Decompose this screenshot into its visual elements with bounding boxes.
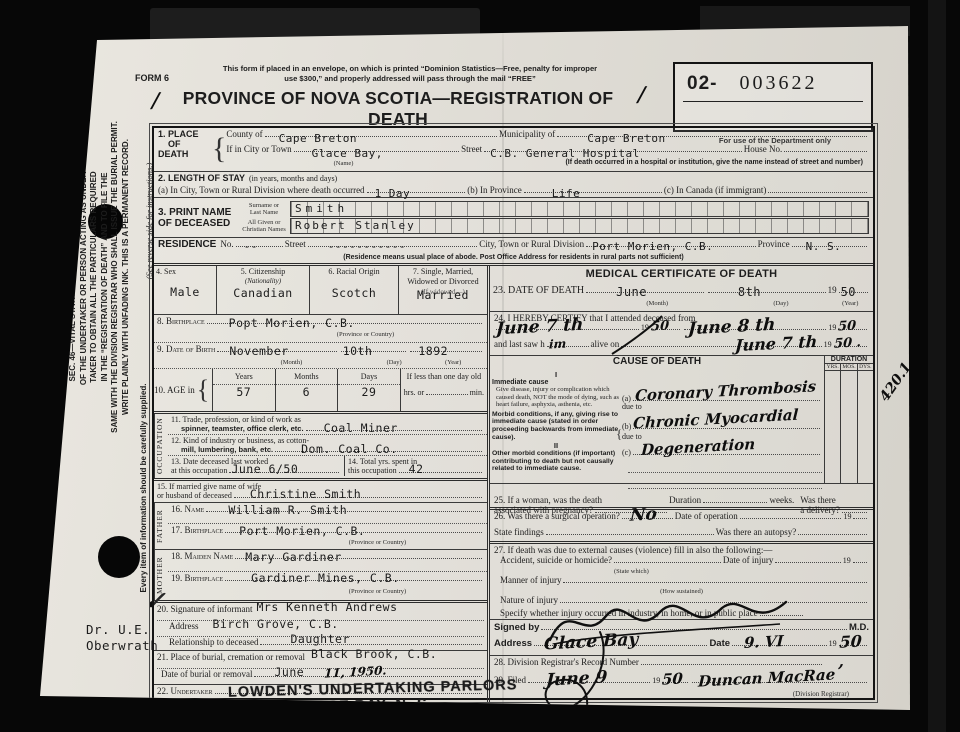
division-registrar-caption: (Division Registrar) [494,690,869,698]
section-informant: 20. Signature of informant Mrs Kenneth A… [154,603,487,651]
mailing-note: This form if placed in an envelope, on w… [175,64,645,83]
age-hrs-label: hrs. or [404,388,424,397]
section-undertaker: 22. Undertaker (Name and address) LOWDEN… [154,685,487,715]
print-name-label-1: 3. PRINT NAME [158,207,238,218]
death-day-caption: (Day) [731,300,830,307]
certify-year1-handwritten: 50 [651,318,670,334]
duration-dys-header: DYS. [857,364,873,370]
cause-explanations: I Immediate cause Give disease, injury o… [490,370,622,483]
residence-province-label: Province [758,239,790,249]
field-father-name: 16. Name William R. Smith [168,503,487,524]
undertaker-label: 22. Undertaker [157,686,213,696]
morbid-conditions-note: Morbid conditions, if any, giving rise t… [492,411,620,441]
section-date-of-birth: 9. Date of Birth November 10th 1892 (Mon… [154,343,487,369]
racial-origin-label: 6. Racial Origin [310,266,398,277]
section-sex-citizenship-origin-marital: 4. Sex Male 5. Citizenship (Nationality)… [154,266,487,315]
age-days-value: 29 [338,384,400,399]
autopsy-label: Was there an autopsy? [716,527,797,537]
place-label-1: 1. PLACE [158,129,212,139]
findings-label: State findings [494,527,544,537]
other-morbid-line [628,488,822,489]
duration-dys-column [857,371,873,483]
date-of-birth-label: 9. Date of Birth [157,344,215,354]
last-worked-label-2: at this occupation [171,466,227,475]
marital-value: Married [399,288,487,302]
father-birthplace-value: Port Morien, C.B. [239,524,365,538]
margin-sec46-notice: SEC. 46—VITAL STATISTICS ACT MAKES IT TH… [68,90,131,464]
other-morbid-line [628,472,822,473]
field-father-birthplace: 17. Birthplace Port Morien, C.B. (Provin… [168,524,487,548]
street-value: C.B. General Hospital [490,147,640,160]
duration-yrs-header: YRS. [825,364,840,370]
county-label: County of [226,129,262,139]
handwritten-slash: / [637,82,646,106]
certify-year3-prefix: 19 [824,340,832,349]
racial-origin-value: Scotch [310,286,398,300]
death-certificate-scan: FORM 6 SEC. 46—VITAL STATISTICS ACT MAKE… [40,26,910,716]
immediate-cause-note: Give disease, injury or complication whi… [492,386,620,409]
residence-note: (Residence means usual place of abode. P… [158,254,869,261]
trade-value: Coal Miner [324,421,398,435]
informant-value: Mrs Kenneth Andrews [256,600,397,614]
duration-table: DURATION YRS. MOS. DYS. [824,356,873,483]
spouse-label-2: or husband of deceased [157,491,232,500]
age-days-header: Days [338,372,400,381]
field-industry: 12. Kind of industry or business, as cot… [168,435,487,456]
field-total-years: 14. Total yrs. spent in this occupation … [344,456,487,476]
section-residence: RESIDENCE No. -- Street ----------- City… [154,238,873,266]
duration-yrs-column [825,371,840,483]
mother-side-label: MOTHER [154,550,168,600]
certify-year3-handwritten: 50 . [833,335,861,351]
age-less-than-day: If less than one day old hrs. or min. [400,369,487,411]
citizenship-value: Canadian [217,286,309,300]
certify-year2-handwritten: 50 [838,318,857,334]
registrar-record-label: 28. Division Registrar's Record Number [494,657,639,667]
operation-year-prefix: 19 [843,512,851,521]
birth-month-caption: (Month) [157,359,366,366]
mother-birthplace-value: Gardiner Mines, C.B. [251,571,399,585]
age-years: Years 57 [212,369,275,411]
nationality-caption: (Nationality) [217,277,309,285]
name-caption: (Name) [334,160,354,167]
section-occupation: OCCUPATION 11. Trade, profession, or kin… [154,414,487,481]
delivery-label-1: Was there [800,495,869,505]
field-mother-birthplace: 19. Birthplace Gardiner Mines, C.B. (Pro… [168,572,487,598]
field-last-worked: 13. Date deceased last worked at this oc… [168,456,487,476]
mother-name-value: Mary Gardiner [245,550,342,564]
section-age: 10. AGE in { Years 57 Months 6 Days 29 [154,369,487,414]
informant-label: 20. Signature of informant [157,604,252,614]
death-year-caption: (Year) [830,300,870,307]
right-column: MEDICAL CERTIFICATE OF DEATH 23. DATE OF… [490,266,873,702]
stay-a-label: (a) In City, Town or Rural Division wher… [158,185,365,195]
section-cause-of-death: CAUSE OF DEATH I Immediate cause Give di… [490,356,873,484]
birth-day-value: 10th [343,344,373,358]
nature-of-injury-label: Nature of injury [494,595,558,605]
certify-him-handwritten: im [548,337,566,352]
age-years-header: Years [213,372,275,381]
form-title: PROVINCE OF NOVA SCOTIA—REGISTRATION OF … [158,88,638,130]
father-birthplace-label: 17. Birthplace [171,525,223,535]
given-names-value: Robert Stanley [290,218,869,234]
length-of-stay-sublabel: (in years, months and days) [249,174,337,183]
cause-due-to-1: due to [622,402,642,411]
death-month-caption: (Month) [493,300,731,307]
certify-year2-prefix: 19 [828,323,836,332]
undertaker-caption: (Name and address) [157,702,484,709]
residence-province-value: N. S. [806,240,842,253]
registration-number-box: 02- 003622 [673,62,873,132]
injury-date-label: Date of injury [723,555,773,565]
burial-place-label: 21. Place of burial, cremation or remova… [157,652,305,662]
birthplace-caption: (Province or Country) [157,331,484,338]
form-columns: 4. Sex Male 5. Citizenship (Nationality)… [154,266,873,702]
spouse-value: Christine Smith [250,487,361,501]
age-months-header: Months [276,372,338,381]
sec46-line: WRITE PLAINLY WITH UNFADING INK. THIS IS… [121,90,132,464]
filed-year-prefix: 19 [652,676,660,685]
sec46-line: IN THE “REGISTRATION OF DEATH” AND TO FI… [100,90,111,464]
sec46-line: OF THE UNDERTAKER OR PERSON ACTING AS UN… [79,90,90,464]
trade-label-2: spinner, teamster, office clerk, etc. [171,424,304,433]
burial-date-month: June [274,665,304,679]
surname-caption: Surname or [238,202,290,209]
cause-write-area: (a) Coronary Thrombosis due to (b) Chron… [622,370,824,483]
manner-of-injury-label: Manner of injury [494,575,561,585]
cause-roman-1: I [492,370,620,379]
section-spouse: 15. If married give name of wife or husb… [154,481,487,503]
certify-on-handwritten: June 7 th [735,332,818,355]
age-months-value: 6 [276,384,338,399]
field-marital-status: 7. Single, Married, Widowed or Divorced … [399,266,487,314]
scan-artifact-right-band [928,0,946,732]
place-label-3: DEATH [158,149,212,159]
delivery-label-2: a delivery? [800,505,840,515]
filed-year-handwritten: 50 [662,669,684,688]
certify-alive-label: alive on [591,339,620,349]
mother-name-label: 18. Maiden Name [171,551,233,561]
operation-answer-handwritten: No [629,504,657,525]
birthplace-label: 8. Birthplace [157,316,205,326]
cause-c-handwritten: Degeneration [640,435,755,459]
residence-no-value: -- [244,240,258,253]
injury-year-prefix: 19 [843,556,851,565]
mailing-note-line1: This form if placed in an envelope, on w… [175,64,645,74]
street-label: Street [461,144,482,154]
sec46-line: TAKER TO OBTAIN ALL THE PARTICULARS REQU… [89,90,100,464]
certify-saw-label: and last saw h [494,339,545,349]
mother-birthplace-caption: (Province or Country) [171,588,484,595]
section-mother: MOTHER 18. Maiden Name Mary Gardiner 19.… [154,550,487,603]
section-certify: 24. I HEREBY CERTIFY that I attended dec… [490,312,873,356]
hospital-note: (If death occurred in a hospital or inst… [226,159,869,166]
death-year-value: 50 [841,285,856,299]
city-town-label: If in City or Town [226,144,291,154]
age-days: Days 29 [337,369,400,411]
father-name-value: William R. Smith [228,503,347,517]
last-worked-value: June 6/50 [231,462,298,476]
stay-c-label: (c) In Canada (if immigrant) [664,185,766,195]
informant-address-label: Address [157,621,199,631]
marital-label-1: 7. Single, Married, [399,266,487,277]
medical-certificate-header: MEDICAL CERTIFICATE OF DEATH [490,266,873,284]
print-name-label-2: OF DECEASED [158,218,238,229]
other-morbid-note: Other morbid conditions (if important) c… [492,450,620,473]
father-name-label: 16. Name [171,504,204,514]
cause-c-prefix: (c) [622,448,631,457]
municipality-label: Municipality of [499,129,555,139]
section-external-causes: 27. If death was due to external causes … [490,544,873,620]
age-less-header: If less than one day old [401,372,487,381]
burial-place-value: Black Brook, C.B. [311,647,437,661]
section-father: FATHER 16. Name William R. Smith 17. Bir… [154,503,487,550]
sec46-line: SAME WITH THE DIVISION REGISTRAR WHO SHA… [110,90,121,464]
duration-mos-column [840,371,856,483]
marital-label-2: Widowed or Divorced [399,277,487,286]
doctor-name-typed: Dr. U.E. Oberwrath [86,622,158,654]
section-filed: 29. Filed June 9 19 50 Duncan MacRae (Di… [490,674,873,704]
pregnancy-label-1: 25. If a woman, was the death [494,495,669,505]
sec46-line: SEC. 46—VITAL STATISTICS ACT MAKES IT TH… [68,90,79,464]
burial-date-label: Date of burial or removal [157,669,252,679]
residence-label: RESIDENCE [158,239,216,250]
age-years-value: 57 [213,384,275,399]
given-caption: All Given or [238,219,290,226]
informant-relationship-value: Daughter [290,632,349,646]
residence-street-value: ----------- [328,240,406,253]
death-year-prefix: 19 [828,285,837,295]
total-years-value: 42 [409,462,424,476]
form-number-label: FORM 6 [135,73,169,83]
signed-year-prefix: 19 [829,639,837,648]
cause-b-prefix: (b) [622,422,631,431]
cause-header: CAUSE OF DEATH [490,356,824,370]
sex-value: Male [154,285,216,299]
residence-street-label: Street [285,239,306,249]
age-brace: { [197,375,209,405]
surname-caption2: Last Name [238,209,290,216]
informant-address-value: Birch Grove, C.B. [213,617,339,631]
length-of-stay-label: 2. LENGTH OF STAY [158,173,245,183]
accident-label: Accident, suicide or homicide? [494,555,612,565]
immediate-cause-label: Immediate cause [492,379,620,386]
signed-address-handwritten: Glace Bay [544,629,639,654]
birth-year-caption: (Year) [422,359,484,366]
birth-year-value: 1892 [418,344,448,358]
birthplace-value: Popt Morien, C.B. [229,316,355,330]
registration-form-card: 1. PLACE OF DEATH { County of Cape Breto… [152,126,875,700]
field-citizenship: 5. Citizenship (Nationality) Canadian [217,266,310,314]
operation-date-label: Date of operation [675,511,738,521]
age-min-label: min. [470,388,484,397]
mother-birthplace-label: 19. Birthplace [171,573,223,583]
left-column: 4. Sex Male 5. Citizenship (Nationality)… [154,266,490,702]
cause-roman-2: II [492,441,620,450]
birth-month-value: November [229,344,288,358]
residence-city-value: Port Morien, C.B. [592,240,713,253]
industry-label-2: mill, lumbering, bank, etc. [171,445,273,454]
municipality-value: Cape Breton [587,132,665,145]
city-town-value: Glace Bay, [312,147,383,160]
date-of-death-label: 23. DATE OF DEATH [493,285,584,296]
external-causes-label: 27. If death was due to external causes … [494,545,869,555]
doctor-name-line1: Dr. U.E. [86,622,158,638]
cause-a-handwritten: Coronary Thrombosis [635,377,817,405]
certify-from-handwritten: June 7 th [496,315,584,340]
citizenship-label: 5. Citizenship [217,266,309,277]
pregnancy-weeks-label: weeks. [769,495,794,505]
age-months: Months 6 [275,369,338,411]
signed-date-handwritten: 9. VI [744,632,784,652]
section-date-of-death: 23. DATE OF DEATH June 8th 19 50 (Month)… [490,284,873,312]
death-month-value: June [616,285,647,299]
section-signed-by: Signed by M.D. Address Glace Bay Date 9.… [490,620,873,656]
filed-label: 29. Filed [494,675,526,685]
burial-date-handwritten: 11, 1950. [324,663,387,680]
pregnancy-duration-label: Duration [669,495,701,505]
age-label: 10. AGE in [154,385,195,395]
registration-prefix: 02- [687,73,717,95]
registration-number: 003622 [739,72,817,95]
signed-address-label: Address [494,638,532,649]
death-day-value: 8th [738,285,761,299]
father-side-label: FATHER [154,503,168,549]
registration-box-rule [683,101,863,102]
total-years-label-2: this occupation [348,466,397,475]
signed-by-label: Signed by [494,622,539,633]
duration-mos-header: MOS. [840,364,856,370]
section-place-of-death: 1. PLACE OF DEATH { County of Cape Breto… [154,128,873,172]
field-sex: 4. Sex Male [154,266,217,314]
how-sustained-caption: (How sustained) [494,588,869,595]
sex-label: 4. Sex [154,266,216,277]
field-trade: 11. Trade, profession, or kind of work a… [168,414,487,435]
filed-date-handwritten: June 9 [546,667,608,690]
industry-value: Dom. Coal Co. [301,442,398,456]
field-mother-name: 18. Maiden Name Mary Gardiner [168,550,487,572]
house-no-label: House No. [744,144,783,154]
stay-b-label: (b) In Province [467,185,521,195]
father-birthplace-caption: (Province or Country) [171,539,484,546]
section-birthplace: 8. Birthplace Popt Morien, C.B. (Provinc… [154,315,487,343]
occupation-side-label: OCCUPATION [154,414,168,478]
certify-year1-prefix: 19 [641,323,649,332]
field-racial-origin: 6. Racial Origin Scotch [310,266,399,314]
mailing-note-line2: use $300,” and properly addressed will p… [175,74,645,84]
residence-no-label: No. [220,239,233,249]
informant-relationship-label: Relationship to deceased [157,637,258,647]
punch-hole [98,536,140,578]
signed-date-label: Date [709,638,730,649]
undertaker-stamp-line2: GLACE BAY, N. S. [294,696,433,716]
specify-injury-label: Specify whether injury occurred in indus… [494,608,758,618]
place-label-2: OF [158,139,212,149]
duration-header: DURATION [825,356,873,364]
cause-b-handwritten: Chronic Myocardial [633,406,799,433]
county-value: Cape Breton [279,132,357,145]
signed-year-handwritten: 50 , [838,631,868,671]
surname-value: Smith [290,201,869,217]
residence-city-label: City, Town or Rural Division [479,239,584,249]
birth-day-caption: (Day) [366,359,422,366]
cause-due-to-2: due to [622,432,642,441]
given-caption2: Christian Names [238,226,290,233]
doctor-name-line2: Oberwrath [86,638,158,654]
state-which-caption: (State which) [494,568,869,575]
section-print-name: 3. PRINT NAME OF DECEASED Surname or Las… [154,198,873,238]
place-brace: { [212,129,226,170]
section-length-of-stay: 2. LENGTH OF STAY (in years, months and … [154,172,873,198]
handwritten-code: 420.1 [877,359,915,404]
